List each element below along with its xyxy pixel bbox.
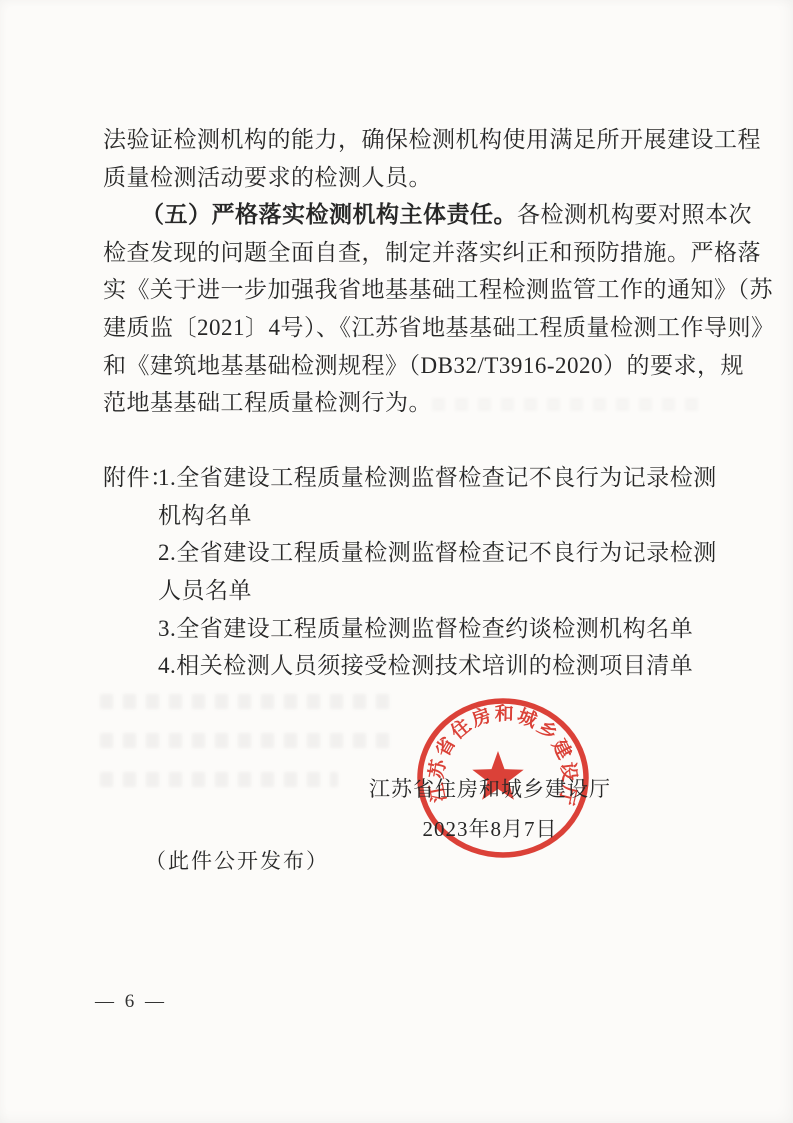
bleedthrough-smudge xyxy=(432,398,700,411)
bleedthrough-smudge xyxy=(100,772,338,787)
attachment-list: 附件： 1.全省建设工程质量检测监督检查记不良行为记录检测 机构名单 2.全省建… xyxy=(103,459,723,685)
attachment-item: 4.相关检测人员须接受检测技术培训的检测项目清单 xyxy=(158,647,723,685)
paragraph-lead-rest: 各检测机构要对照本次 xyxy=(517,202,752,227)
body-text: 法验证检测机构的能力，确保检测机构使用满足所开展建设工程 质量检测活动要求的检测… xyxy=(103,121,715,422)
attachment-item-continuation: 机构名单 xyxy=(158,497,723,535)
issue-date: 2023年8月7日 xyxy=(320,809,660,849)
attachment-item: 1.全省建设工程质量检测监督检查记不良行为记录检测 xyxy=(158,459,723,497)
bleedthrough-smudge xyxy=(100,733,396,748)
issuing-agency: 江苏省住房和城乡建设厅 xyxy=(320,769,660,809)
bleedthrough-smudge xyxy=(100,694,392,709)
attachment-item-continuation: 人员名单 xyxy=(158,572,723,610)
body-line: 检查发现的问题全面自查，制定并落实纠正和预防措施。严格落 xyxy=(103,234,715,272)
body-line: （五）严格落实检测机构主体责任。各检测机构要对照本次 xyxy=(103,196,715,234)
body-line: 建质监〔2021〕4号）、《江苏省地基基础工程质量检测工作导则》 xyxy=(103,309,715,347)
attachment-item: 2.全省建设工程质量检测监督检查记不良行为记录检测 xyxy=(158,534,723,572)
public-release-note: （此件公开发布） xyxy=(145,845,329,875)
page-number: — 6 — xyxy=(95,991,167,1013)
document-page: 法验证检测机构的能力，确保检测机构使用满足所开展建设工程 质量检测活动要求的检测… xyxy=(0,0,793,1123)
body-line: 质量检测活动要求的检测人员。 xyxy=(103,159,715,197)
body-line: 和《建筑地基基础检测规程》（DB32/T3916-2020）的要求，规 xyxy=(103,347,715,385)
signature-block: 江苏省住房和城乡建设厅 2023年8月7日 xyxy=(320,769,660,849)
paragraph-lead: （五）严格落实检测机构主体责任。 xyxy=(141,202,517,227)
body-line: 实《关于进一步加强我省地基基础工程检测监管工作的通知》（苏 xyxy=(103,271,715,309)
attachment-label: 附件： xyxy=(103,459,174,497)
attachment-item: 3.全省建设工程质量检测监督检查约谈检测机构名单 xyxy=(158,610,723,648)
body-line: 法验证检测机构的能力，确保检测机构使用满足所开展建设工程 xyxy=(103,121,715,159)
